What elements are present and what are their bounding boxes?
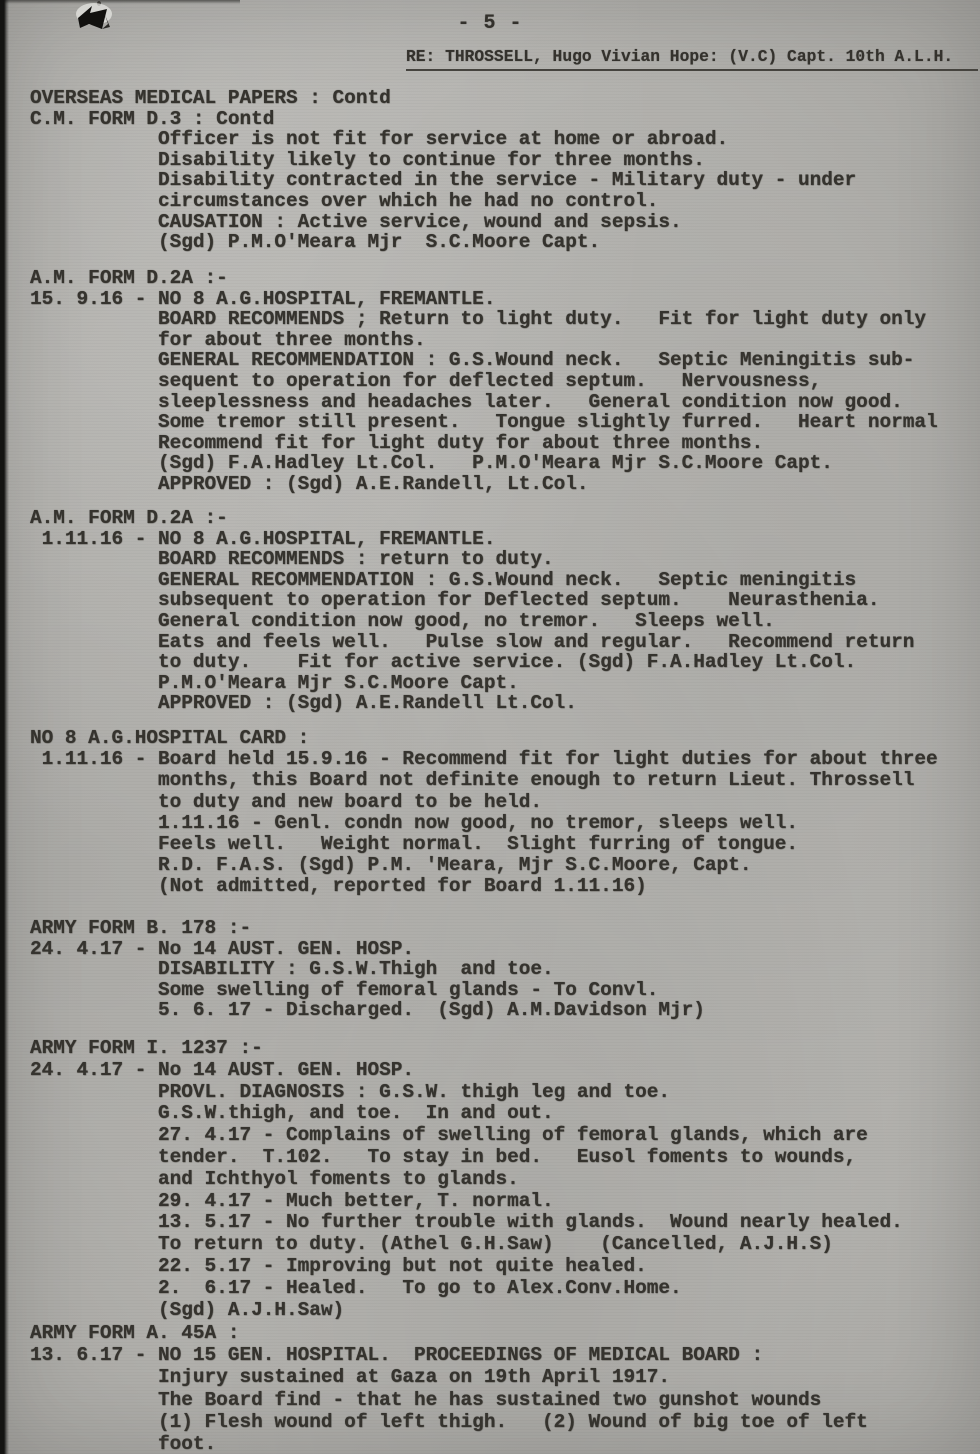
section-hospital-card: NO 8 A.G.HOSPITAL CARD : 1.11.16 - Board…	[0, 728, 980, 898]
document-line: R.D. F.A.S. (Sgd) P.M. 'Meara, Mjr S.C.M…	[158, 855, 980, 876]
document-line: GENERAL RECOMMENDATION : G.S.Wound neck.…	[158, 570, 980, 591]
document-title: RE: THROSSELL, Hugo Vivian Hope: (V.C) C…	[406, 47, 978, 71]
document-line: (Sgd) A.J.H.Saw)	[158, 1300, 980, 1322]
document-line: Eats and feels well. Pulse slow and regu…	[158, 632, 980, 653]
document-line: P.M.O'Meara Mjr S.C.Moore Capt.	[158, 673, 980, 694]
document-line: Recommend fit for light duty for about t…	[158, 433, 980, 454]
document-line: sleeplessness and headaches later. Gener…	[158, 392, 980, 413]
section-heading: NO 8 A.G.HOSPITAL CARD :	[30, 728, 980, 749]
document-line: Some swelling of femoral glands - To Con…	[158, 980, 980, 1001]
document-line: 29. 4.17 - Much better, T. normal.	[158, 1191, 980, 1213]
document-line: PROVL. DIAGNOSIS : G.S.W. thigh leg and …	[158, 1082, 980, 1104]
document-line: circumstances over which he had no contr…	[158, 191, 980, 212]
section-heading: A.M. FORM D.2A :-	[30, 508, 980, 529]
document-line: 27. 4.17 - Complains of swelling of femo…	[158, 1125, 980, 1147]
document-line: 24. 4.17 - No 14 AUST. GEN. HOSP.	[30, 1060, 980, 1082]
document-line: (Sgd) P.M.O'Meara Mjr S.C.Moore Capt.	[158, 232, 980, 253]
document-line: to duty and new board to be held.	[158, 792, 980, 813]
document-line: APPROVED : (Sgd) A.E.Randell, Lt.Col.	[158, 474, 980, 495]
section-heading: OVERSEAS MEDICAL PAPERS : Contd	[30, 88, 980, 109]
document-line: APPROVED : (Sgd) A.E.Randell Lt.Col.	[158, 693, 980, 714]
scanned-document-page: { "page": { "number_label": "- 5 -", "ti…	[0, 0, 980, 1454]
document-line: 15. 9.16 - NO 8 A.G.HOSPITAL, FREMANTLE.	[30, 289, 980, 310]
document-line: 1.11.16 - NO 8 A.G.HOSPITAL, FREMANTLE.	[30, 529, 980, 550]
section-army-form-a45a: ARMY FORM A. 45A : 13. 6.17 - NO 15 GEN.…	[0, 1322, 980, 1454]
page-number: - 5 -	[0, 12, 980, 35]
document-line: (Sgd) F.A.Hadley Lt.Col. P.M.O'Meara Mjr…	[158, 453, 980, 474]
document-line: foot.	[158, 1433, 980, 1454]
section-heading: A.M. FORM D.2A :-	[30, 268, 980, 289]
section-heading: C.M. FORM D.3 : Contd	[30, 109, 980, 130]
document-line: 5. 6. 17 - Discharged. (Sgd) A.M.Davidso…	[158, 1000, 980, 1021]
document-line: 2. 6.17 - Healed. To go to Alex.Conv.Hom…	[158, 1278, 980, 1300]
document-line: sequent to operation for deflected septu…	[158, 371, 980, 392]
document-line: subsequent to operation for Deflected se…	[158, 590, 980, 611]
section-army-form-b178: ARMY FORM B. 178 :- 24. 4.17 - No 14 AUS…	[0, 918, 980, 1021]
document-line: 13. 6.17 - NO 15 GEN. HOSPITAL. PROCEEDI…	[30, 1344, 980, 1366]
document-line: Injury sustained at Gaza on 19th April 1…	[158, 1366, 980, 1388]
document-line: (1) Flesh wound of left thigh. (2) Wound…	[158, 1411, 980, 1433]
document-line: 1.11.16 - Board held 15.9.16 - Recommend…	[30, 749, 980, 770]
document-line: Disability likely to continue for three …	[158, 150, 980, 171]
section-heading: ARMY FORM I. 1237 :-	[30, 1038, 980, 1060]
document-line: CAUSATION : Active service, wound and se…	[158, 212, 980, 233]
document-line: 13. 5.17 - No further trouble with gland…	[158, 1212, 980, 1234]
document-line: tender. T.102. To stay in bed. Eusol fom…	[158, 1147, 980, 1169]
document-line: 22. 5.17 - Improving but not quite heale…	[158, 1256, 980, 1278]
document-line: 1.11.16 - Genl. condn now good, no tremo…	[158, 813, 980, 834]
document-line: BOARD RECOMMENDS : return to duty.	[158, 549, 980, 570]
document-line: (Not admitted, reported for Board 1.11.1…	[158, 876, 980, 897]
document-line: G.S.W.thigh, and toe. In and out.	[158, 1103, 980, 1125]
document-line: Disability contracted in the service - M…	[158, 170, 980, 191]
document-line: Feels well. Weight normal. Slight furrin…	[158, 834, 980, 855]
document-line: to duty. Fit for active service. (Sgd) F…	[158, 652, 980, 673]
document-line: General condition now good, no tremor. S…	[158, 611, 980, 632]
top-edge-shadow	[0, 0, 240, 4]
document-line: DISABILITY : G.S.W.Thigh and toe.	[158, 959, 980, 980]
section-am-form-d2a-1: A.M. FORM D.2A :- 15. 9.16 - NO 8 A.G.HO…	[0, 268, 980, 495]
section-am-form-d2a-2: A.M. FORM D.2A :- 1.11.16 - NO 8 A.G.HOS…	[0, 508, 980, 714]
section-heading: ARMY FORM B. 178 :-	[30, 918, 980, 939]
document-line: Some tremor still present. Tongue slight…	[158, 412, 980, 433]
document-line: GENERAL RECOMMENDATION : G.S.Wound neck.…	[158, 350, 980, 371]
document-line: 24. 4.17 - No 14 AUST. GEN. HOSP.	[30, 939, 980, 960]
section-army-form-i1237: ARMY FORM I. 1237 :- 24. 4.17 - No 14 AU…	[0, 1038, 980, 1321]
document-line: BOARD RECOMMENDS ; Return to light duty.…	[158, 309, 980, 330]
document-line: To return to duty. (Athel G.H.Saw) (Canc…	[158, 1234, 980, 1256]
document-line: The Board find - that he has sustained t…	[158, 1389, 980, 1411]
document-line: and Ichthyol foments to glands.	[158, 1169, 980, 1191]
section-heading: ARMY FORM A. 45A :	[30, 1322, 980, 1344]
section-cm-form-d3: OVERSEAS MEDICAL PAPERS : Contd C.M. FOR…	[0, 88, 980, 253]
document-line: months, this Board not definite enough t…	[158, 770, 980, 791]
document-line: for about three months.	[158, 330, 980, 351]
document-line: Officer is not fit for service at home o…	[158, 129, 980, 150]
